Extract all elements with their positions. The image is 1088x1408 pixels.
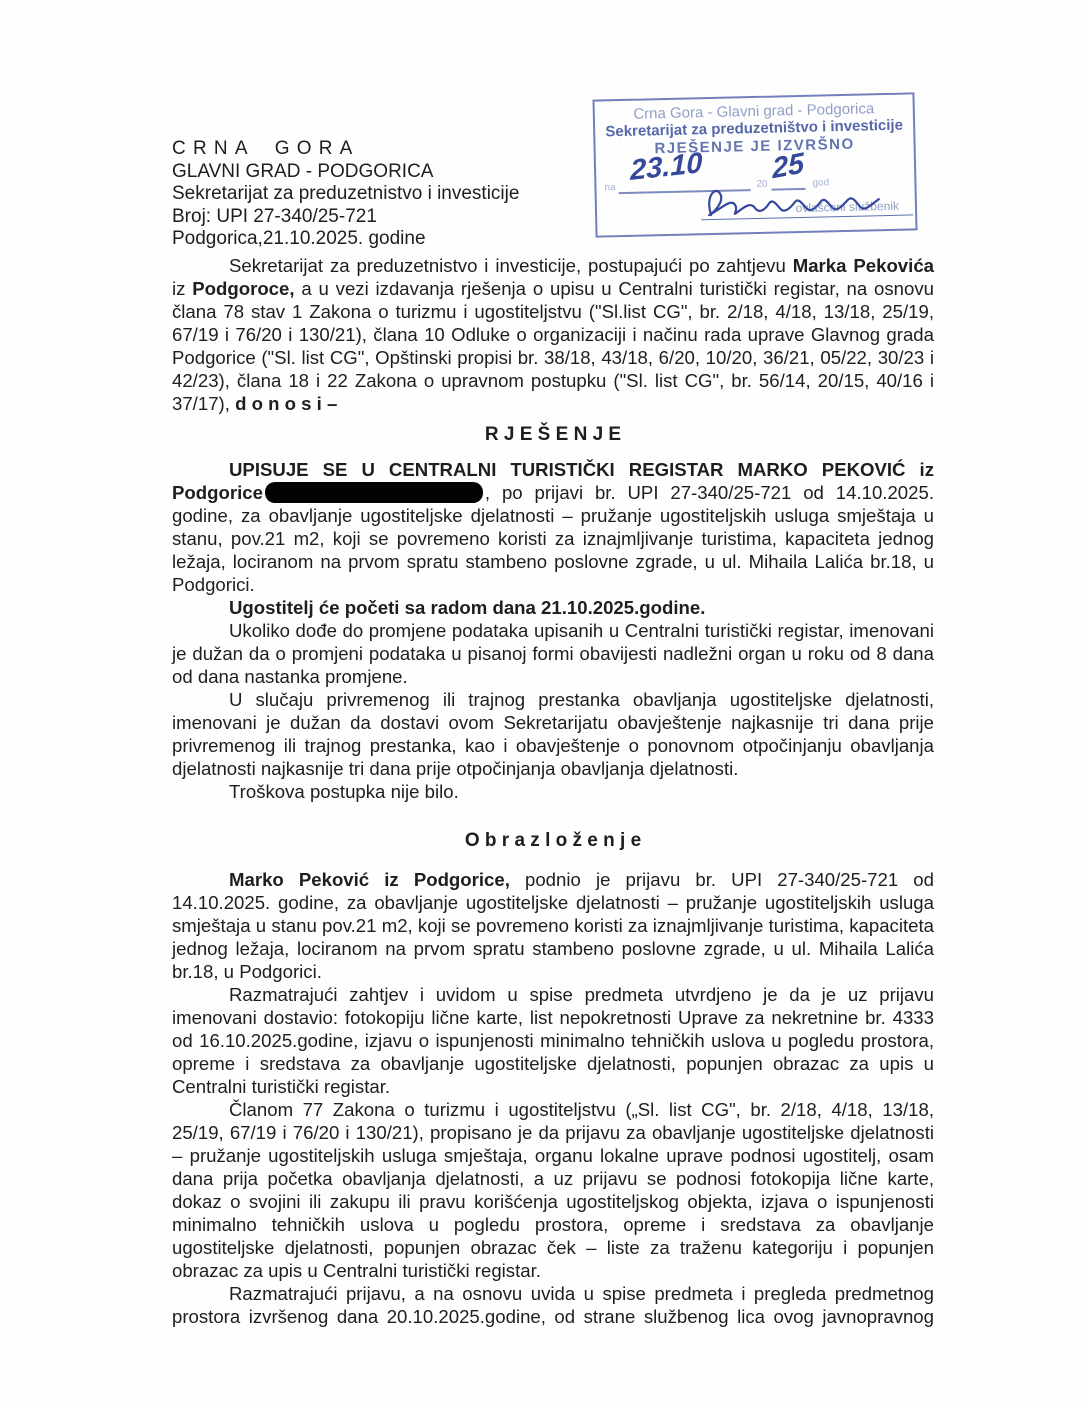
letterhead-secretariat: Sekretarijat za preduzetnistvo i investi… [172,183,519,206]
paragraph-data-change: Ukoliko dođe do promjene podataka upisan… [172,619,934,688]
paragraph-intro: Sekretarijat za preduzetnistvo i investi… [172,254,934,415]
document-title: R J E Š E N J E [172,423,934,446]
stamp-date-prefix: na [604,182,615,193]
letterhead-city: GLAVNI GRAD - PODGORICA [172,161,519,184]
handwritten-date: 23.10 [630,147,702,188]
paragraph-article-77: Članom 77 Zakona o turizmu i ugostiteljs… [172,1098,934,1282]
letterhead: CRNA GORA GLAVNI GRAD - PODGORICA Sekret… [172,138,519,251]
letterhead-country: CRNA GORA [172,138,519,161]
document-body: Sekretarijat za preduzetnistvo i investi… [172,254,934,1328]
reasoning-title: O b r a z l o ž e n j e [172,829,934,852]
redaction-box [265,482,483,503]
paragraph-registration: UPISUJE SE U CENTRALNI TURISTIČKI REGIST… [172,458,934,596]
paragraph-cessation: U slučaju privremenog ili trajnog presta… [172,688,934,780]
paragraph-start-date: Ugostitelj će početi sa radom dana 21.10… [172,596,934,619]
paragraph-costs: Troškova postupka nije bilo. [172,780,934,803]
scanned-document-page: CRNA GORA GLAVNI GRAD - PODGORICA Sekret… [0,0,1088,1408]
letterhead-date: Podgorica,21.10.2025. godine [172,228,519,251]
paragraph-inspection: Razmatrajući prijavu, a na osnovu uvida … [172,1282,934,1328]
letterhead-case-number: Broj: UPI 27-340/25-721 [172,206,519,229]
signature-handwriting [700,177,901,226]
executive-stamp: Crna Gora - Glavni grad - Podgorica Sekr… [592,92,917,237]
paragraph-application: Marko Peković iz Podgorice, podnio je pr… [172,868,934,983]
paragraph-evidence: Razmatrajući zahtjev i uvidom u spise pr… [172,983,934,1098]
